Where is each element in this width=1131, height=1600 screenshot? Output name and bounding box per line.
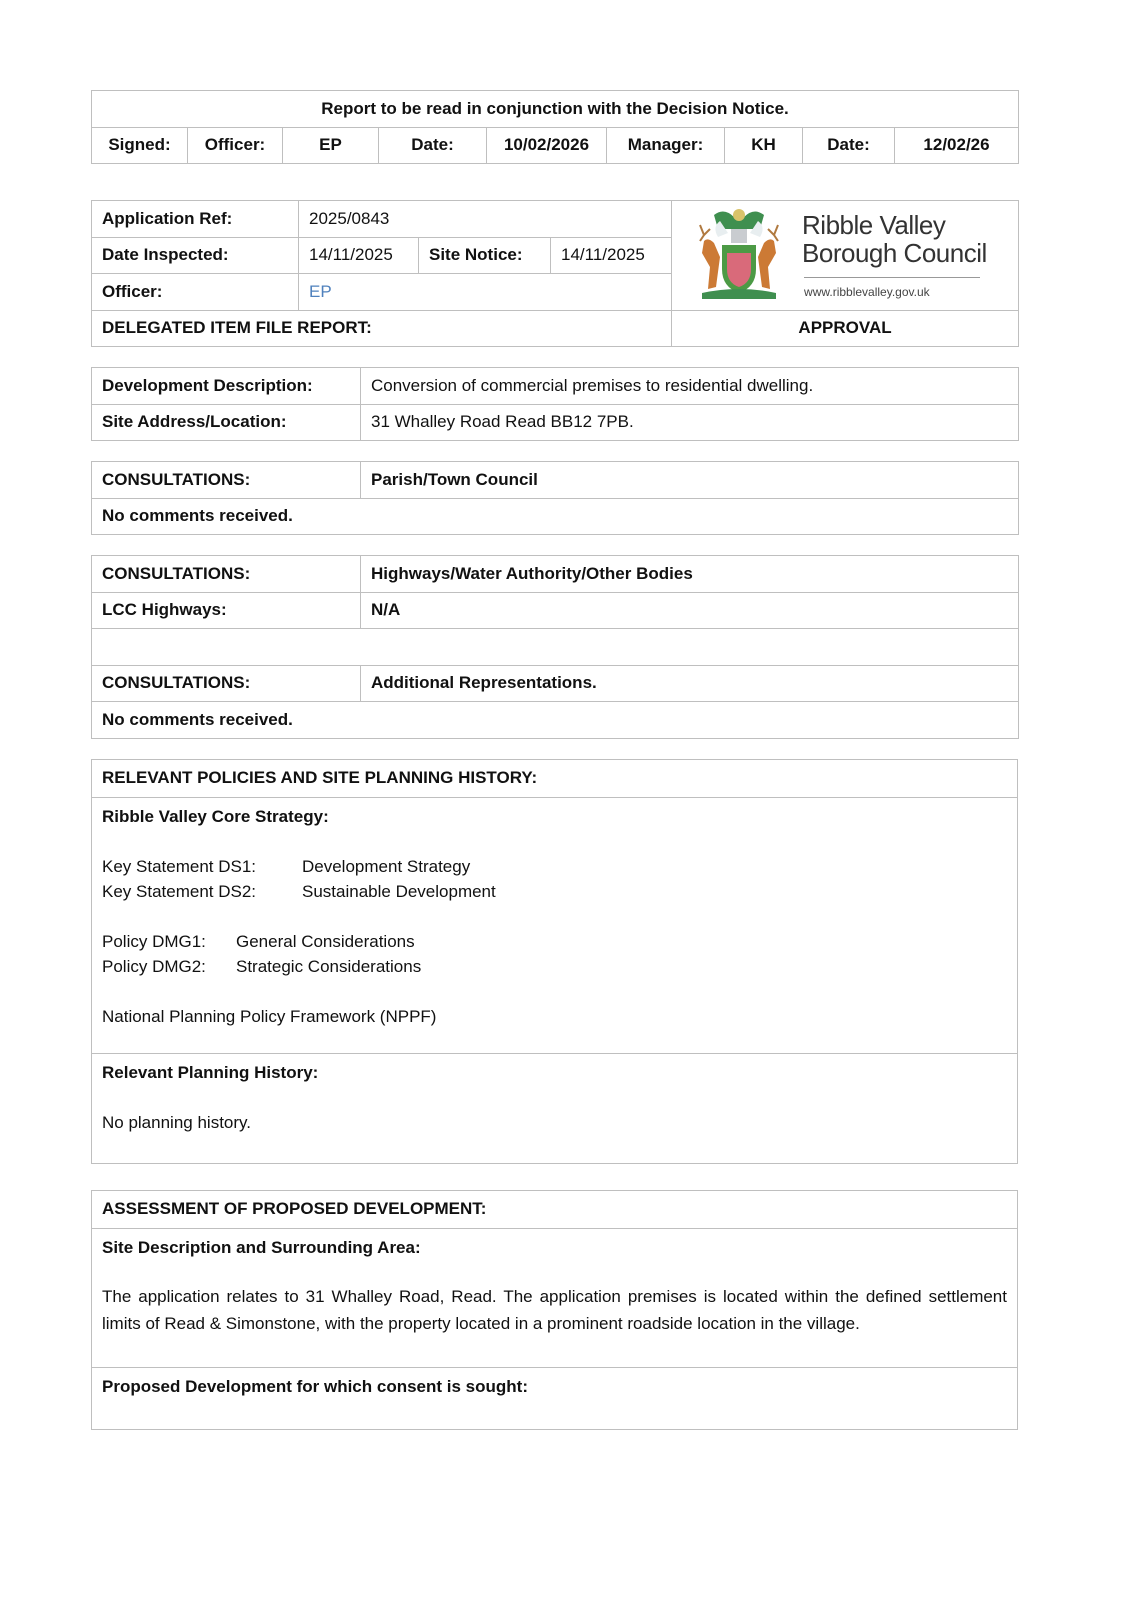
lcc-highways-label: LCC Highways: <box>92 592 361 629</box>
development-description-label: Development Description: <box>92 368 361 405</box>
core-strategy-section: Ribble Valley Core Strategy: Key Stateme… <box>92 797 1017 1053</box>
planning-history-text: No planning history. <box>102 1110 1007 1135</box>
consultations-parish-table: CONSULTATIONS: Parish/Town Council No co… <box>91 461 1019 535</box>
site-address-value: 31 Whalley Road Read BB12 7PB. <box>361 404 1019 441</box>
development-table: Development Description: Conversion of c… <box>91 367 1019 441</box>
council-logo: Ribble Valley Borough Council www.ribble… <box>672 201 1019 311</box>
policy-item: Policy DMG1: General Considerations <box>102 929 1007 954</box>
council-name-line1: Ribble Valley <box>802 211 987 239</box>
application-ref-label: Application Ref: <box>92 201 299 238</box>
site-description-section: Site Description and Surrounding Area: T… <box>92 1228 1017 1367</box>
signoff-table: Report to be read in conjunction with th… <box>91 90 1019 164</box>
additional-consultations-comment: No comments received. <box>92 702 1019 739</box>
consultations-highways-table: CONSULTATIONS: Highways/Water Authority/… <box>91 555 1019 739</box>
officer-label: Officer: <box>188 127 283 164</box>
officer-date-label: Date: <box>379 127 487 164</box>
manager-date-value: 12/02/26 <box>895 127 1019 164</box>
proposed-development-section: Proposed Development for which consent i… <box>92 1367 1017 1429</box>
signoff-banner: Report to be read in conjunction with th… <box>92 91 1019 128</box>
policies-section: RELEVANT POLICIES AND SITE PLANNING HIST… <box>91 759 1018 1164</box>
assessment-heading: ASSESSMENT OF PROPOSED DEVELOPMENT: <box>92 1191 1017 1228</box>
key-statement-item: Key Statement DS1: Development Strategy <box>102 854 1007 879</box>
key-statement-title: Sustainable Development <box>302 879 496 904</box>
assessment-section: ASSESSMENT OF PROPOSED DEVELOPMENT: Site… <box>91 1190 1018 1430</box>
consultations-label: CONSULTATIONS: <box>92 556 361 593</box>
manager-label: Manager: <box>607 127 725 164</box>
policy-title: Strategic Considerations <box>236 954 421 979</box>
officer-value: EP <box>283 127 379 164</box>
nppf-reference: National Planning Policy Framework (NPPF… <box>102 1004 1007 1029</box>
consultations-heading: Highways/Water Authority/Other Bodies <box>361 556 1019 593</box>
planning-history-section: Relevant Planning History: No planning h… <box>92 1053 1017 1163</box>
manager-value: KH <box>725 127 803 164</box>
council-name-line2: Borough Council <box>802 239 987 267</box>
council-name: Ribble Valley Borough Council <box>802 211 987 267</box>
date-inspected-label: Date Inspected: <box>92 237 299 274</box>
empty-row <box>92 629 1019 666</box>
planning-history-heading: Relevant Planning History: <box>102 1060 1007 1085</box>
policies-heading: RELEVANT POLICIES AND SITE PLANNING HIST… <box>92 760 1017 797</box>
application-ref-value: 2025/0843 <box>299 201 672 238</box>
logo-divider <box>804 277 980 278</box>
site-description-text: The application relates to 31 Whalley Ro… <box>102 1283 1007 1337</box>
lcc-highways-value: N/A <box>361 592 1019 629</box>
coat-of-arms-icon <box>694 207 784 303</box>
additional-consultations-heading: Additional Representations. <box>361 665 1019 702</box>
key-statement-code: Key Statement DS1: <box>102 854 302 879</box>
consultations-label: CONSULTATIONS: <box>92 462 361 499</box>
manager-date-label: Date: <box>803 127 895 164</box>
signed-label: Signed: <box>92 127 188 164</box>
policy-item: Policy DMG2: Strategic Considerations <box>102 954 1007 979</box>
officer-label: Officer: <box>92 274 299 311</box>
additional-consultations-label: CONSULTATIONS: <box>92 665 361 702</box>
date-inspected-value: 14/11/2025 <box>299 237 419 274</box>
core-strategy-heading: Ribble Valley Core Strategy: <box>102 804 1007 829</box>
application-table: Application Ref: 2025/0843 Ribble Valley… <box>91 200 1019 347</box>
site-notice-value: 14/11/2025 <box>551 237 672 274</box>
consultations-heading: Parish/Town Council <box>361 462 1019 499</box>
policy-title: General Considerations <box>236 929 415 954</box>
site-address-label: Site Address/Location: <box>92 404 361 441</box>
proposed-development-heading: Proposed Development for which consent i… <box>102 1374 1007 1399</box>
key-statement-title: Development Strategy <box>302 854 470 879</box>
officer-date-value: 10/02/2026 <box>487 127 607 164</box>
site-notice-label: Site Notice: <box>419 237 551 274</box>
council-url: www.ribblevalley.gov.uk <box>804 285 930 299</box>
officer-value: EP <box>299 274 672 311</box>
consultations-comment: No comments received. <box>92 498 1019 535</box>
report-type-label: DELEGATED ITEM FILE REPORT: <box>92 310 672 347</box>
key-statement-code: Key Statement DS2: <box>102 879 302 904</box>
policy-code: Policy DMG2: <box>102 954 236 979</box>
policy-code: Policy DMG1: <box>102 929 236 954</box>
decision-value: APPROVAL <box>672 310 1019 347</box>
site-description-heading: Site Description and Surrounding Area: <box>102 1235 1007 1260</box>
key-statement-item: Key Statement DS2: Sustainable Developme… <box>102 879 1007 904</box>
development-description-value: Conversion of commercial premises to res… <box>361 368 1019 405</box>
